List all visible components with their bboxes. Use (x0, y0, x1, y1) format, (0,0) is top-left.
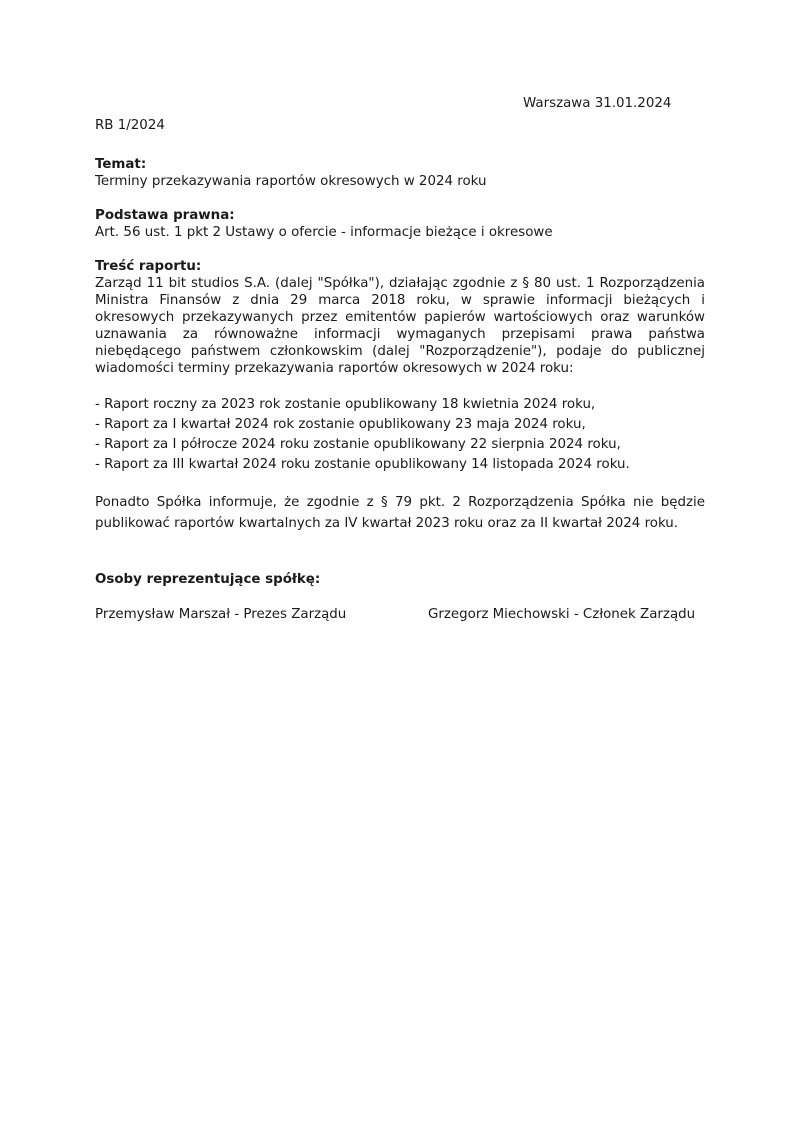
subject-text: Terminy przekazywania raportów okresowyc… (95, 173, 705, 190)
signatories-label: Osoby reprezentujące spółkę: (95, 571, 705, 588)
schedule-item: - Raport za I kwartał 2024 rok zostanie … (95, 415, 715, 435)
report-number: RB 1/2024 (95, 118, 165, 133)
subject-section: Temat: Terminy przekazywania raportów ok… (95, 156, 705, 190)
schedule-item: - Raport roczny za 2023 rok zostanie opu… (95, 395, 715, 415)
signatory-board-member: Grzegorz Miechowski - Członek Zarządu (428, 607, 695, 622)
content-intro: Zarząd 11 bit studios S.A. (dalej "Spółk… (95, 275, 705, 377)
content-section: Treść raportu: Zarząd 11 bit studios S.A… (95, 258, 705, 377)
content-label: Treść raportu: (95, 258, 705, 275)
schedule-list: - Raport roczny za 2023 rok zostanie opu… (95, 395, 715, 475)
legal-basis-text: Art. 56 ust. 1 pkt 2 Ustawy o ofercie - … (95, 224, 705, 241)
legal-basis-section: Podstawa prawna: Art. 56 ust. 1 pkt 2 Us… (95, 207, 705, 241)
schedule-item: - Raport za III kwartał 2024 roku zostan… (95, 455, 715, 475)
closing-paragraph: Ponadto Spółka informuje, że zgodnie z §… (95, 492, 705, 534)
place-date: Warszawa 31.01.2024 (523, 96, 671, 111)
subject-label: Temat: (95, 156, 705, 173)
legal-basis-label: Podstawa prawna: (95, 207, 705, 224)
signatory-president: Przemysław Marszał - Prezes Zarządu (95, 607, 346, 622)
schedule-item: - Raport za I półrocze 2024 roku zostani… (95, 435, 715, 455)
